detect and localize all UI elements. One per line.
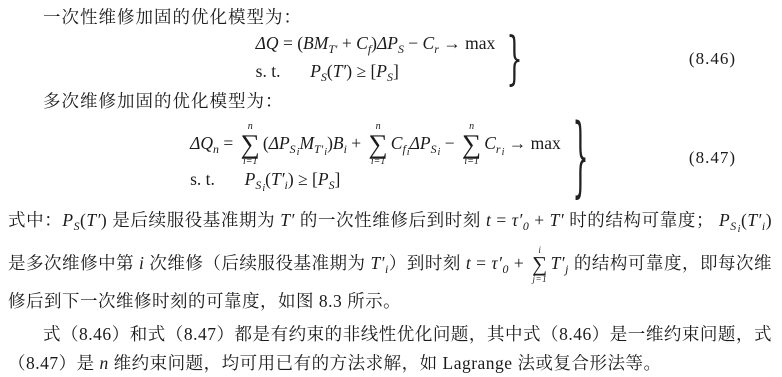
- math-token: ): [766, 210, 772, 230]
- math-token: −: [404, 33, 423, 53]
- math-token: ΔP: [269, 132, 290, 152]
- math-token: ) ≥ [: [288, 169, 318, 189]
- math-token: =: [219, 132, 238, 152]
- math-token: ) ≥ [: [346, 61, 376, 81]
- equation-846-body: ΔQ = (BMT′ + Cf)ΔPS − Cr → max s. t.PS(T…: [256, 33, 496, 85]
- summation-symbol: i∑j=1: [532, 246, 547, 284]
- math-token: τ′: [491, 253, 502, 273]
- math-token: P: [318, 169, 329, 189]
- math-token: C: [391, 132, 403, 152]
- math-token: 次维修（后续服役基准期为: [144, 253, 370, 273]
- math-token: P: [310, 61, 321, 81]
- equation-847-objective: ΔQn = n∑i=1(ΔPSiMT′i)Bi + n∑i=1CfiΔPSi −…: [190, 122, 561, 168]
- math-token: =: [471, 253, 491, 273]
- math-token: P: [62, 210, 73, 230]
- paragraph-notation-explanation: 式中：PS(T′) 是后续服役基准期为 T′ 的一次性维修后到时刻 t = τ′…: [8, 204, 772, 317]
- math-token: s. t.: [190, 169, 215, 189]
- summation-symbol: n∑i=1: [241, 122, 260, 168]
- math-token: s. t.: [256, 61, 281, 81]
- math-token: P: [376, 61, 387, 81]
- math-token: 式中：: [8, 210, 62, 230]
- math-token: S: [255, 178, 261, 192]
- math-token: T′: [328, 42, 337, 56]
- summation-symbol: n∑i=1: [462, 122, 481, 168]
- math-token: T′: [370, 253, 385, 273]
- math-token: 是后续服役基准期为: [107, 210, 280, 230]
- math-token: ]: [393, 61, 399, 81]
- math-token: ]: [335, 169, 341, 189]
- math-token: T′: [314, 142, 323, 156]
- equation-847-body: ΔQn = n∑i=1(ΔPSiMT′i)Bi + n∑i=1CfiΔPSi −…: [190, 122, 561, 195]
- math-token: BM: [303, 33, 328, 53]
- math-token: T′: [747, 210, 762, 230]
- paragraph-solution-discussion: 式（8.46）和式（8.47）都是有约束的非线性优化问题，其中式（8.46）是一…: [8, 320, 772, 377]
- math-token: T′: [86, 210, 101, 230]
- math-token: C: [423, 33, 435, 53]
- math-token: 是多次维修中第: [8, 253, 139, 273]
- math-token: f: [402, 142, 405, 156]
- math-token: =: [491, 210, 511, 230]
- math-token: T′: [551, 253, 566, 273]
- math-token: → max: [504, 132, 560, 152]
- math-token: −: [440, 132, 459, 152]
- equation-846-number: (8.46): [689, 49, 736, 69]
- math-token: τ′: [512, 210, 523, 230]
- equation-846-constraint: s. t.PS(T′) ≥ [PS]: [256, 61, 496, 85]
- equation-847: ΔQn = n∑i=1(ΔPSiMT′i)Bi + n∑i=1CfiΔPSi −…: [8, 114, 772, 202]
- equation-846: ΔQ = (BMT′ + Cf)ΔPS − Cr → max s. t.PS(T…: [8, 30, 772, 88]
- math-token: 时的结构可靠度；: [564, 210, 719, 230]
- math-token: +: [338, 33, 357, 53]
- math-token: n: [100, 353, 109, 373]
- equation-847-constraint: s. t.PSi(T′i) ≥ [PS]: [190, 169, 561, 194]
- math-token: ΔP: [377, 33, 398, 53]
- math-token: M: [299, 132, 314, 152]
- math-token: C: [484, 132, 496, 152]
- math-token: ΔQ: [190, 132, 213, 152]
- intro-line-one-time: 一次性维修加固的优化模型为：: [8, 5, 772, 29]
- math-token: T′: [333, 61, 347, 81]
- summation-symbol: n∑i=1: [369, 122, 388, 168]
- right-brace-icon: }: [507, 26, 523, 93]
- math-token: S: [290, 142, 296, 156]
- equation-847-number: (8.47): [689, 148, 736, 168]
- math-token: B: [333, 132, 344, 152]
- math-token: r: [496, 142, 501, 156]
- math-token: T′: [271, 169, 285, 189]
- math-token: ΔP: [410, 132, 431, 152]
- math-token: ）到时刻: [389, 253, 466, 273]
- math-token: +: [347, 132, 366, 152]
- math-token: S: [730, 219, 736, 233]
- math-token: P: [245, 169, 256, 189]
- math-token: P: [719, 210, 730, 230]
- math-token: 维约束问题，均可用已有的方法求解，如 Lagrange 法或复合形法等。: [109, 353, 662, 373]
- math-token: T′: [550, 210, 565, 230]
- math-token: +: [509, 253, 529, 273]
- math-token: S: [431, 142, 437, 156]
- math-token: T′: [280, 210, 295, 230]
- math-token: 的一次性维修后到时刻: [295, 210, 486, 230]
- math-token: +: [529, 210, 549, 230]
- equation-846-objective: ΔQ = (BMT′ + Cf)ΔPS − Cr → max: [256, 33, 496, 57]
- math-token: → max: [439, 33, 495, 53]
- math-token: ΔQ: [256, 33, 279, 53]
- intro-line-multi-time: 多次维修加固的优化模型为：: [8, 89, 772, 113]
- math-token: = (: [279, 33, 303, 53]
- math-token: C: [356, 33, 368, 53]
- right-brace-icon: }: [572, 107, 588, 209]
- document-page: 一次性维修加固的优化模型为： ΔQ = (BMT′ + Cf)ΔPS − Cr …: [0, 0, 782, 377]
